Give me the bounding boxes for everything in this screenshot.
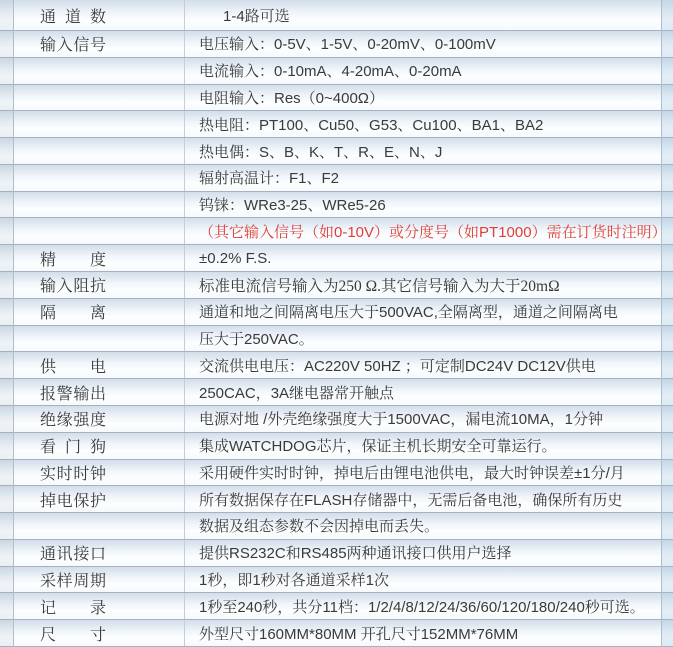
spec-row-watchdog: 看门狗 集成WATCHDOG芯片，保证主机长期安全可靠运行。 (0, 433, 673, 460)
spec-row-resistance-input: 电阻输入：Res（0~400Ω） (0, 85, 673, 112)
spec-value: 交流供电电压：AC220V 50HZ ；可定制DC24V DC12V供电 (185, 355, 673, 376)
spec-value: 钨铼：WRe3-25、WRe5-26 (185, 194, 673, 215)
spec-value: 电阻输入：Res（0~400Ω） (185, 87, 673, 108)
spec-value: 1-4路可选 (185, 5, 673, 26)
spec-row-power-fail-protection-cont: 数据及组态参数不会因掉电而丢失。 (0, 513, 673, 540)
spec-row-order-note: （其它输入信号（如0-10V）或分度号（如PT1000）需在订货时注明） (0, 218, 673, 245)
spec-row-accuracy: 精度 ±0.2% F.S. (0, 245, 673, 272)
spec-row-isolation: 隔离 通道和地之间隔离电压大于500VAC,全隔离型，通道之间隔离电 (0, 299, 673, 326)
spec-row-comm-interface: 通讯接口 提供RS232C和RS485两种通讯接口供用户选择 (0, 540, 673, 567)
spec-row-power-fail-protection: 掉电保护 所有数据保存在FLASH存储器中，无需后备电池，确保所有历史 (0, 486, 673, 513)
spec-row-dimensions: 尺寸 外型尺寸160MM*80MM 开孔尺寸152MM*76MM (0, 620, 673, 647)
spec-value: 电压输入：0-5V、1-5V、0-20mV、0-100mV (185, 33, 673, 54)
spec-label: 绝缘强度 (40, 407, 106, 430)
spec-label: 通讯接口 (40, 541, 106, 564)
spec-table: 通道数 1-4路可选 输入信号 电压输入：0-5V、1-5V、0-20mV、0-… (0, 0, 673, 647)
spec-row-tungsten-rhenium: 钨铼：WRe3-25、WRe5-26 (0, 192, 673, 219)
spec-label: 精度 (40, 247, 106, 270)
spec-value: 250CAC，3A继电器常开触点 (185, 382, 673, 403)
spec-value: 提供RS232C和RS485两种通讯接口供用户选择 (185, 542, 673, 563)
spec-row-insulation-strength: 绝缘强度 电源对地 /外壳绝缘强度大于1500VAC，漏电流10MA，1分钟 (0, 406, 673, 433)
spec-value: 采用硬件实时时钟，掉电后由锂电池供电，最大时钟误差±1分/月 (185, 462, 673, 483)
spec-value: 辐射高温计：F1、F2 (185, 167, 673, 188)
spec-value: 集成WATCHDOG芯片，保证主机长期安全可靠运行。 (185, 435, 673, 456)
spec-value: 所有数据保存在FLASH存储器中，无需后备电池，确保所有历史 (185, 489, 673, 510)
spec-label: 通道数 (40, 4, 106, 27)
spec-label: 报警输出 (40, 381, 106, 404)
spec-value: 1秒至240秒，共分11档：1/2/4/8/12/24/36/60/120/18… (185, 596, 673, 617)
spec-row-rtd: 热电阻：PT100、Cu50、G53、Cu100、BA1、BA2 (0, 111, 673, 138)
spec-label: 供电 (40, 354, 106, 377)
spec-row-radiation-pyrometer: 辐射高温计：F1、F2 (0, 165, 673, 192)
spec-value: 压大于250VAC。 (185, 328, 673, 349)
spec-row-channel-count: 通道数 1-4路可选 (0, 0, 673, 31)
spec-row-record-interval: 记录 1秒至240秒，共分11档：1/2/4/8/12/24/36/60/120… (0, 593, 673, 620)
spec-value: 数据及组态参数不会因掉电而丢失。 (185, 515, 673, 536)
spec-label: 实时时钟 (40, 461, 106, 484)
spec-row-alarm-output: 报警输出 250CAC，3A继电器常开触点 (0, 379, 673, 406)
spec-value-order-note: （其它输入信号（如0-10V）或分度号（如PT1000）需在订货时注明） (185, 221, 673, 242)
spec-row-rtc: 实时时钟 采用硬件实时时钟，掉电后由锂电池供电，最大时钟误差±1分/月 (0, 460, 673, 487)
spec-value: 1秒，即1秒对各通道采样1次 (185, 569, 673, 590)
spec-label: 掉电保护 (40, 488, 106, 511)
spec-row-sampling-period: 采样周期 1秒，即1秒对各通道采样1次 (0, 567, 673, 594)
spec-row-power-supply: 供电 交流供电电压：AC220V 50HZ ；可定制DC24V DC12V供电 (0, 352, 673, 379)
spec-row-isolation-cont: 压大于250VAC。 (0, 326, 673, 353)
spec-label: 尺寸 (40, 622, 106, 645)
spec-label: 看门狗 (40, 434, 106, 457)
spec-label: 输入信号 (40, 32, 106, 55)
spec-value: 外型尺寸160MM*80MM 开孔尺寸152MM*76MM (185, 623, 673, 644)
spec-value: 通道和地之间隔离电压大于500VAC,全隔离型，通道之间隔离电 (185, 301, 673, 322)
spec-row-input-signal: 输入信号 电压输入：0-5V、1-5V、0-20mV、0-100mV (0, 31, 673, 58)
spec-label: 隔离 (40, 300, 106, 323)
spec-value: 热电阻：PT100、Cu50、G53、Cu100、BA1、BA2 (185, 114, 673, 135)
spec-row-current-input: 电流输入：0-10mA、4-20mA、0-20mA (0, 58, 673, 85)
spec-label: 输入阻抗 (40, 273, 106, 296)
spec-value: ±0.2% F.S. (185, 250, 673, 267)
spec-value: 标准电流信号输入为250 Ω.其它信号输入为大于20mΩ (185, 274, 673, 296)
spec-label: 采样周期 (40, 568, 106, 591)
spec-value: 热电偶：S、B、K、T、R、E、N、J (185, 141, 673, 162)
spec-value: 电流输入：0-10mA、4-20mA、0-20mA (185, 60, 673, 81)
spec-row-input-impedance: 输入阻抗 标准电流信号输入为250 Ω.其它信号输入为大于20mΩ (0, 272, 673, 299)
spec-value: 电源对地 /外壳绝缘强度大于1500VAC，漏电流10MA，1分钟 (185, 408, 673, 429)
spec-row-thermocouple: 热电偶：S、B、K、T、R、E、N、J (0, 138, 673, 165)
spec-label: 记录 (40, 595, 106, 618)
